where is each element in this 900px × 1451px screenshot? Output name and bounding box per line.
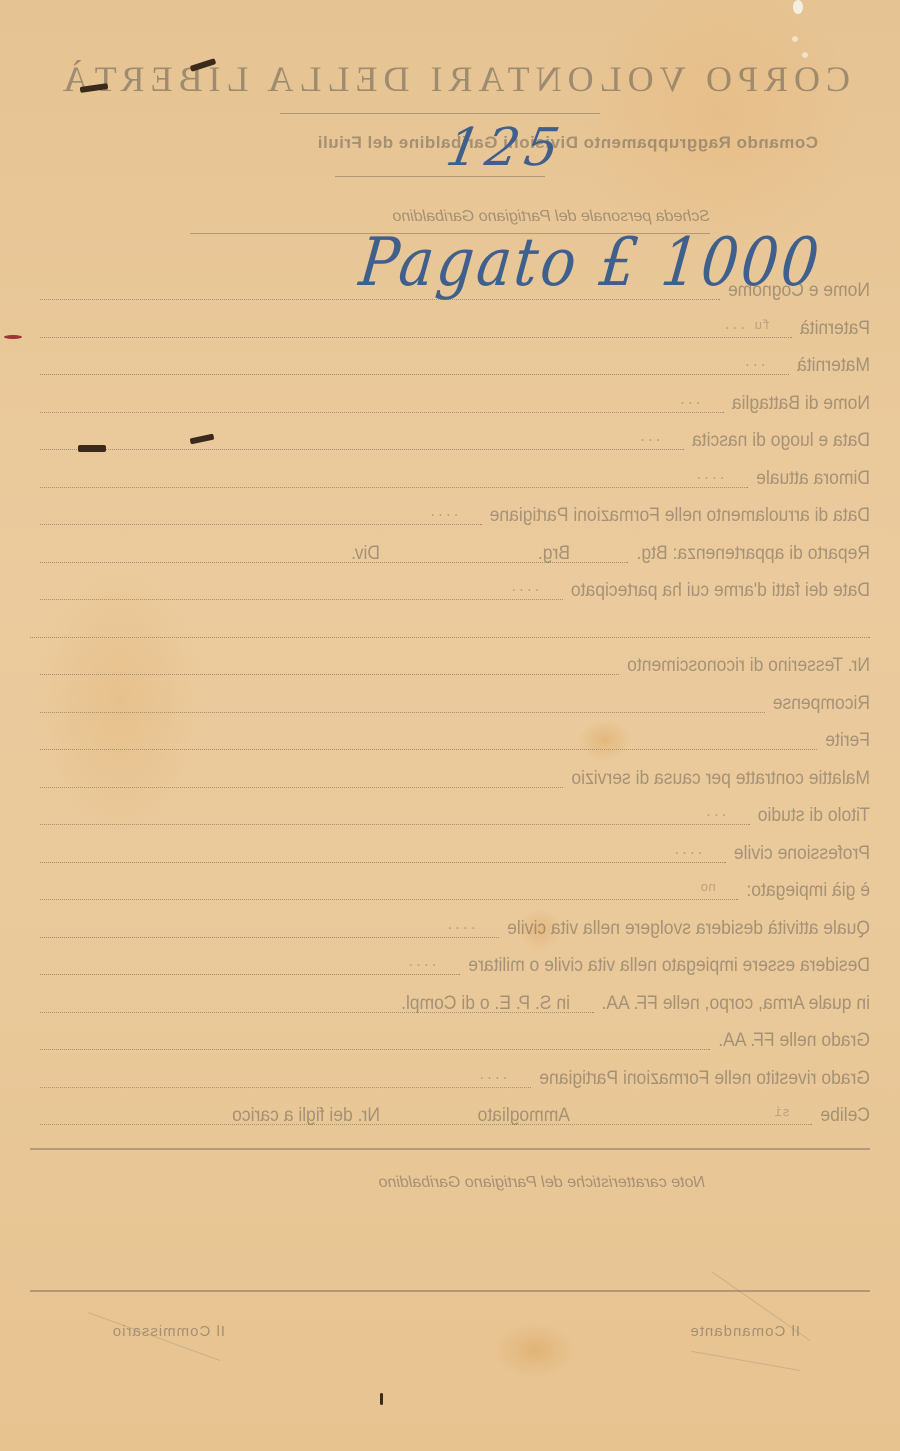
fill-line xyxy=(40,712,765,713)
fill-line xyxy=(40,412,724,413)
field-value: ... xyxy=(679,393,702,408)
pencil-signature xyxy=(692,1351,801,1371)
field-value: .... xyxy=(429,505,460,520)
fill-line xyxy=(40,374,789,375)
fill-line xyxy=(40,674,619,675)
header-subtitle: Comando Raggruppamento Divisioni Garibal… xyxy=(317,133,818,153)
field-label: Data di arruolamento nelle Formazioni Pa… xyxy=(490,503,870,527)
field-label: Paternità xyxy=(800,316,870,340)
field-sublabel: in S. P. E. o di Compl. xyxy=(401,991,570,1015)
field-label: Professione civile xyxy=(734,841,870,865)
field-label: Nome di Battaglia xyxy=(732,391,870,415)
fill-line xyxy=(40,974,460,975)
handwritten-payment-note: Pagato £ 1000 xyxy=(356,223,826,301)
signature-commissario-label: Il Commissario xyxy=(112,1323,225,1340)
fill-line xyxy=(40,937,499,938)
divider xyxy=(280,113,600,114)
field-value: fu ... xyxy=(723,318,770,333)
field-label: Ferite xyxy=(825,728,870,752)
fill-line xyxy=(40,1087,531,1088)
field-label: Maternità xyxy=(797,353,870,377)
field-sublabel: Nr. dei figli a carico xyxy=(232,1103,380,1127)
paper-hole xyxy=(793,0,803,14)
field-value: .... xyxy=(510,580,541,595)
fill-line xyxy=(40,599,563,600)
fill-line xyxy=(40,449,684,450)
field-value: .... xyxy=(446,918,477,933)
notes-divider xyxy=(30,1148,870,1150)
field-label: in quale Arma, corpo, nelle FF. AA. xyxy=(602,991,870,1015)
field-label: Nr. Tesserino di riconoscimento xyxy=(627,653,870,677)
field-label: Date dei fatti d'arme cui ha partecipato xyxy=(571,578,870,602)
field-label: Desidera essere impiegato nella vita civ… xyxy=(468,953,870,977)
field-value: .... xyxy=(673,843,704,858)
field-label: Dimora attuale xyxy=(756,466,870,490)
fill-line xyxy=(40,862,726,863)
bleed-through-form: CORPO VOLONTARI DELLA LIBERTÀ Comando Ra… xyxy=(0,0,900,1451)
field-sublabel: Ammogliato xyxy=(478,1103,570,1127)
field-label: Titolo di studio xyxy=(758,803,870,827)
ink-mark xyxy=(78,445,106,452)
field-label: Grado nelle FF. AA. xyxy=(718,1028,870,1052)
field-label: Data e luogo di nascita xyxy=(692,428,870,452)
fill-line xyxy=(40,824,750,825)
fill-line xyxy=(40,787,563,788)
header-title: CORPO VOLONTARI DELLA LIBERTÀ xyxy=(57,58,850,100)
paper-speck xyxy=(792,36,798,42)
notes-bottom-divider xyxy=(30,1290,870,1292)
field-value: ... xyxy=(744,355,767,370)
fill-line xyxy=(40,1124,812,1125)
field-value: .... xyxy=(695,468,726,483)
field-label: Ricompense xyxy=(773,691,870,715)
fill-line xyxy=(40,487,748,488)
ink-mark xyxy=(380,1393,383,1405)
field-value: ... xyxy=(639,430,662,445)
fill-line xyxy=(40,749,817,750)
handwritten-number: 125 xyxy=(442,118,570,178)
fill-line xyxy=(40,1049,710,1050)
field-value: no xyxy=(700,880,716,895)
fill-line xyxy=(40,524,482,525)
fill-line xyxy=(30,637,870,638)
field-label: Quale attività desidera svolgere nella v… xyxy=(507,916,870,940)
field-label: è già impiegato: xyxy=(746,878,870,902)
field-sublabel: Div. xyxy=(351,541,380,565)
field-value: .... xyxy=(407,955,438,970)
fill-line xyxy=(40,337,792,338)
field-value: si xyxy=(774,1105,790,1120)
field-label: Celibe xyxy=(820,1103,870,1127)
field-label: Grado rivestito nelle Formazioni Partigi… xyxy=(539,1066,870,1090)
field-sublabel: Brg. xyxy=(538,541,570,565)
field-label: Reparto di appartenenza: Btg. xyxy=(637,541,871,565)
notes-title: Note caratteristiche del Partigiano Gari… xyxy=(379,1174,705,1192)
field-value: ... xyxy=(705,805,728,820)
field-label: Malattie contratte per causa di servizio xyxy=(571,766,870,790)
signature-comandante-label: Il Comandante xyxy=(689,1323,800,1340)
paper-speck xyxy=(802,52,808,58)
fill-line xyxy=(40,899,738,900)
field-value: .... xyxy=(478,1068,509,1083)
red-mark xyxy=(4,335,22,339)
